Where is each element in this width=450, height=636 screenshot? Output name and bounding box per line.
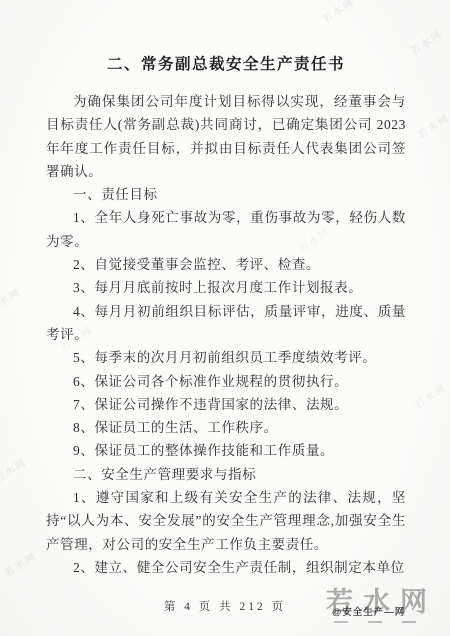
document-content: 二、常务副总裁安全生产责任书 为确保集团公司年度计划目标得以实现，经董事会与目标… — [46, 52, 406, 579]
list-item: 3、每月月底前按时上报次月度工作计划报表。 — [46, 276, 406, 299]
section-heading-1: 一、责任目标 — [46, 183, 406, 206]
paragraph-intro: 为确保集团公司年度计划目标得以实现，经董事会与目标责任人(常务副总裁)共同商讨，… — [46, 90, 406, 183]
diagonal-watermark: 若水网 — [319, 0, 357, 26]
document-page: 若水网 若水网 若水网 若水网 若水网 若水网 若水网 若水网 若水网 二、常务… — [0, 0, 450, 636]
section-heading-2: 二、安全生产管理要求与指标 — [46, 463, 406, 486]
list-item: 7、保证公司操作不违背国家的法律、法规。 — [46, 393, 406, 416]
diagonal-watermark: 若水网 — [0, 283, 23, 315]
list-item: 9、保证员工的整体操作技能和工作质量。 — [46, 439, 406, 462]
site-watermark-dashes — [334, 621, 434, 623]
list-item: 1、遵守国家和上级有关安全生产的法律、法规，坚持“以人为本、安全发展”的安全生产… — [46, 486, 406, 556]
diagonal-watermark: 若水网 — [414, 109, 450, 141]
list-item-truncated: 2、建立、健全公司安全生产责任制，组织制定本单位 — [46, 556, 406, 579]
page-title: 二、常务副总裁安全生产责任书 — [46, 52, 406, 74]
body-text: 为确保集团公司年度计划目标得以实现，经董事会与目标责任人(常务副总裁)共同商讨，… — [46, 90, 406, 579]
diagonal-watermark: 若水网 — [411, 379, 449, 411]
list-item: 2、自觉接受董事会监控、考评、检查。 — [46, 253, 406, 276]
list-item: 5、每季末的次月月初前组织员工季度绩效考评。 — [46, 346, 406, 369]
page-number: 第 4 页 共 212 页 — [0, 598, 450, 614]
list-item: 4、每月月初前组织目标评估，质量评审，进度、质量考评。 — [46, 300, 406, 347]
diagonal-watermark: 若水网 — [0, 453, 29, 485]
list-item: 8、保证员工的生活、工作秩序。 — [46, 416, 406, 439]
diagonal-watermark: 若水网 — [407, 25, 445, 57]
list-item: 6、保证公司各个标准作业规程的贯彻执行。 — [46, 370, 406, 393]
diagonal-watermark: 若水网 — [1, 547, 39, 579]
list-item: 1、全年人身死亡事故为零，重伤事故为零，轻伤人数为零。 — [46, 206, 406, 253]
